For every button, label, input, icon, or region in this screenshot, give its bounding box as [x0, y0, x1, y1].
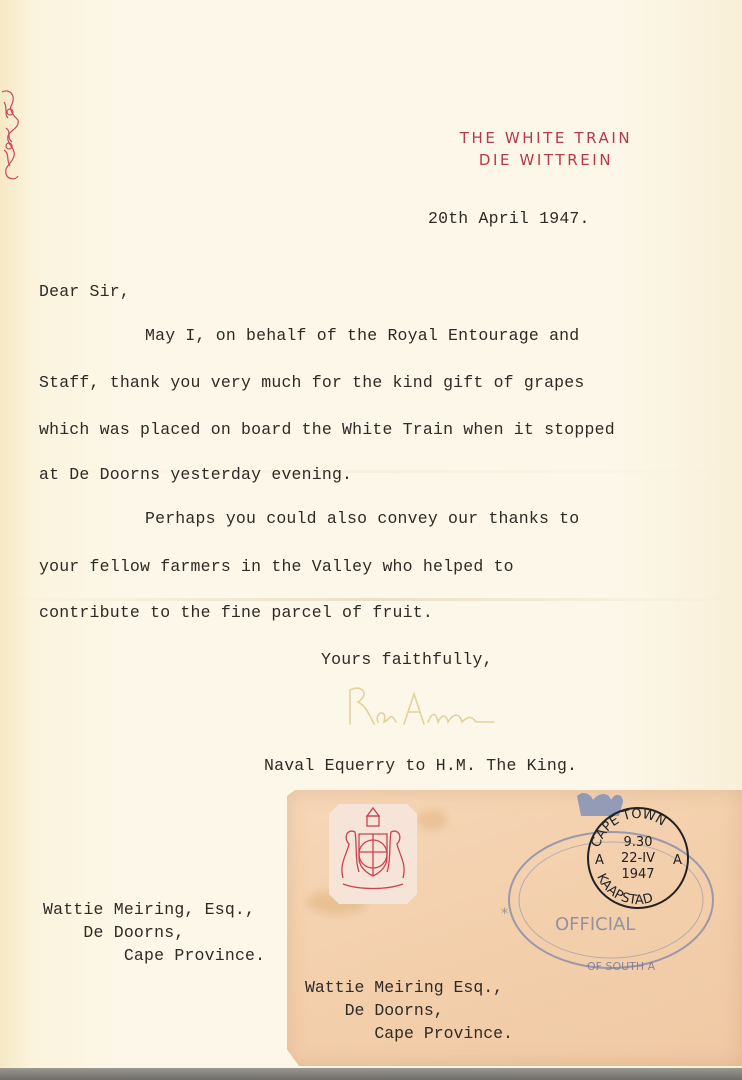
body-line: Staff, thank you very much for the kind …	[39, 373, 585, 392]
envelope-recipient-province: Cape Province.	[374, 1024, 513, 1043]
svg-text:*: *	[501, 906, 508, 922]
postmark-stamps: OFFICIAL OF SOUTH A * CAPE TOWN KAAPSTAD…	[477, 790, 742, 990]
svg-text:A: A	[673, 853, 682, 868]
letter-date: 20th April 1947.	[428, 209, 590, 228]
stain	[417, 810, 447, 830]
body-line: your fellow farmers in the Valley who he…	[39, 557, 514, 576]
svg-text:A: A	[595, 853, 604, 868]
salutation: Dear Sir,	[39, 282, 130, 301]
svg-text:9.30: 9.30	[624, 835, 653, 850]
svg-text:OF SOUTH A: OF SOUTH A	[587, 960, 656, 973]
recipient-town: De Doorns,	[43, 923, 184, 942]
coat-of-arms-icon	[329, 804, 417, 904]
envelope-recipient-name: Wattie Meiring Esq.,	[305, 978, 503, 997]
envelope-recipient-town: De Doorns,	[345, 1001, 444, 1020]
recipient-address: Wattie Meiring, Esq., De Doorns, Cape Pr…	[43, 898, 265, 967]
body-line: which was placed on board the White Trai…	[39, 420, 615, 439]
svg-text:22-IV: 22-IV	[621, 851, 655, 866]
envelope-address: Wattie Meiring Esq., De Doorns, Cape Pro…	[305, 976, 513, 1045]
handwritten-signature	[344, 682, 514, 732]
body-line: at De Doorns yesterday evening.	[39, 465, 352, 484]
royal-crest-icon	[0, 88, 22, 184]
scan-edge	[0, 1068, 742, 1080]
svg-text:OFFICIAL: OFFICIAL	[555, 914, 635, 935]
closing: Yours faithfully,	[321, 650, 493, 669]
letterhead: THE WHITE TRAIN DIE WITTREIN	[404, 127, 688, 171]
letterhead-title-english: THE WHITE TRAIN	[404, 127, 688, 149]
royal-arms-stamp	[329, 804, 417, 904]
body-line: Perhaps you could also convey our thanks…	[145, 509, 579, 528]
recipient-province: Cape Province.	[43, 946, 265, 965]
recipient-name: Wattie Meiring, Esq.,	[43, 900, 255, 919]
body-line: May I, on behalf of the Royal Entourage …	[145, 326, 579, 345]
fold-line	[0, 598, 742, 601]
signatory-title: Naval Equerry to H.M. The King.	[264, 756, 577, 775]
body-line: contribute to the fine parcel of fruit.	[39, 603, 433, 622]
envelope-front: OFFICIAL OF SOUTH A * CAPE TOWN KAAPSTAD…	[287, 790, 742, 1066]
svg-text:1947: 1947	[621, 867, 654, 882]
letterhead-title-afrikaans: DIE WITTREIN	[404, 149, 688, 171]
